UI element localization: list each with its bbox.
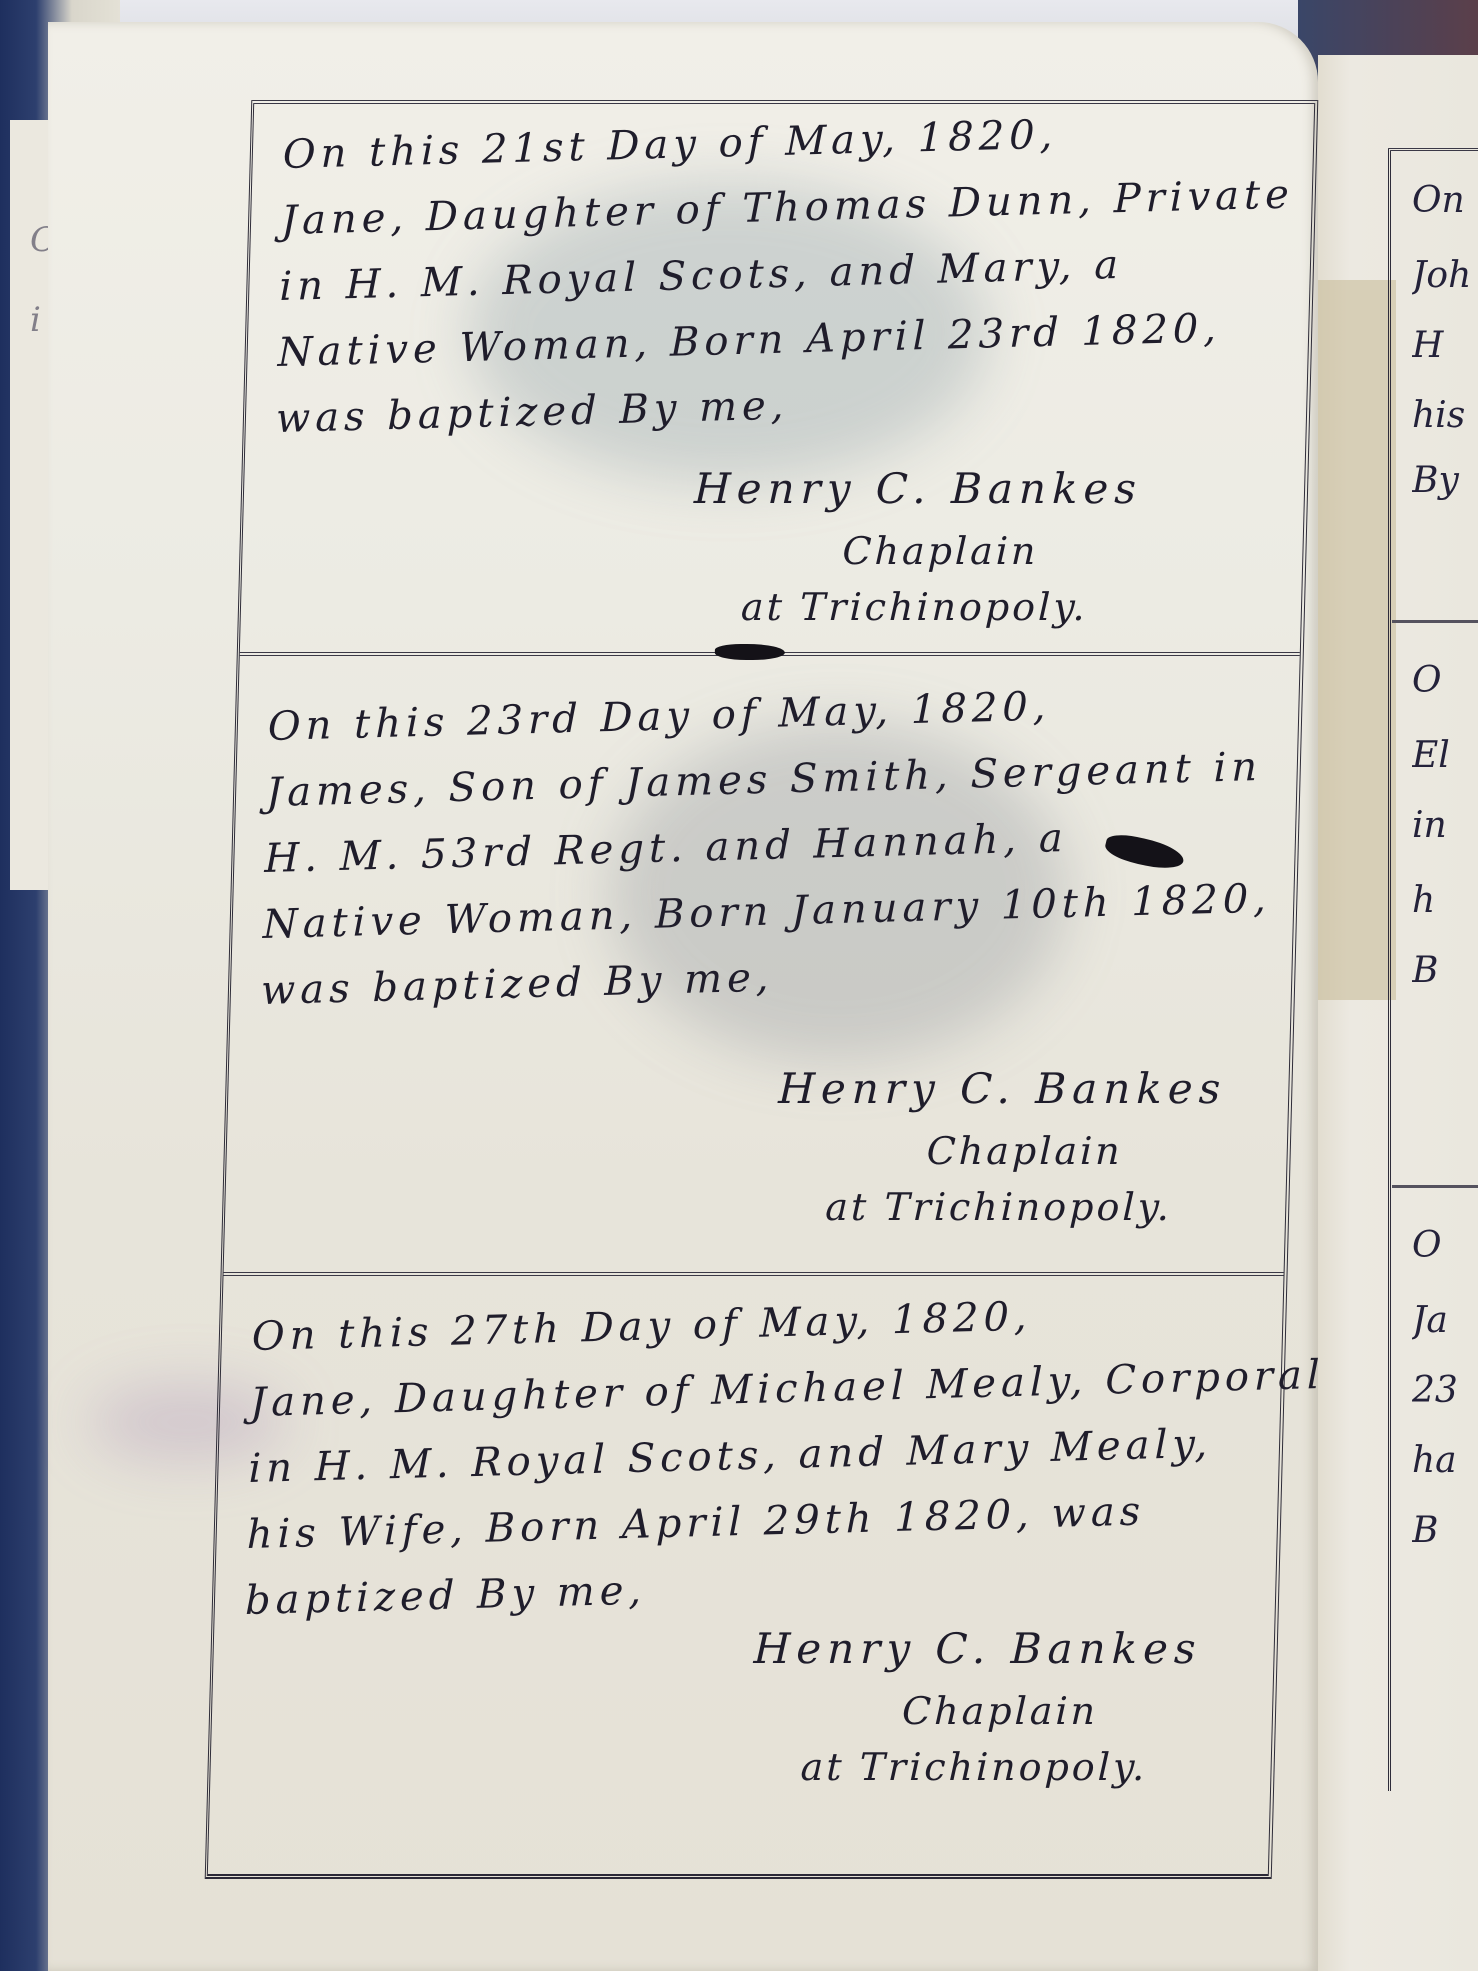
right-fragment-text: B	[1412, 1510, 1478, 1551]
signature-name: Henry C. Bankes	[778, 1064, 1227, 1113]
signature-block-3: Henry C. Bankes Chaplain at Trichinopoly…	[750, 1624, 1202, 1789]
right-fragment-text: h	[1412, 880, 1478, 921]
right-fragment-text: ha	[1412, 1440, 1478, 1481]
signature-block-2: Henry C. Bankes Chaplain at Trichinopoly…	[775, 1064, 1227, 1229]
right-fragment-text: in	[1412, 805, 1478, 846]
signature-place: at Trichinopoly.	[750, 1745, 1199, 1789]
signature-place: at Trichinopoly.	[690, 585, 1139, 629]
signature-title: Chaplain	[776, 1129, 1225, 1173]
left-fragment-text: i	[30, 300, 41, 340]
tape-strip	[1318, 280, 1396, 1000]
baptism-entry-2: On this 23rd Day of May, 1820, James, So…	[260, 694, 1259, 1024]
right-fragment-text: B	[1412, 950, 1478, 991]
register-frame: On this 21st Day of May, 1820, Jane, Dau…	[205, 100, 1319, 1879]
right-fragment-text: 23	[1412, 1370, 1478, 1411]
baptism-entry-1: On this 21st Day of May, 1820, Jane, Dau…	[275, 122, 1274, 452]
right-fragment-text: O	[1412, 1225, 1478, 1266]
entry-divider	[223, 1272, 1283, 1276]
signature-name: Henry C. Bankes	[693, 464, 1142, 513]
signature-block-1: Henry C. Bankes Chaplain at Trichinopoly…	[690, 464, 1142, 629]
right-fragment-text: Joh	[1412, 255, 1478, 296]
right-fragment-text: Ja	[1412, 1300, 1478, 1341]
right-page-divider	[1392, 1185, 1478, 1188]
right-fragment-text: his	[1412, 395, 1478, 436]
right-fragment-text: H	[1412, 325, 1478, 366]
ink-blot	[715, 644, 785, 660]
right-page-divider	[1392, 620, 1478, 623]
register-page: On this 21st Day of May, 1820, Jane, Dau…	[48, 22, 1318, 1971]
baptism-entry-3: On this 27th Day of May, 1820, Jane, Dau…	[244, 1304, 1243, 1634]
right-fragment-text: On	[1412, 180, 1478, 221]
signature-place: at Trichinopoly.	[775, 1185, 1224, 1229]
right-fragment-text: El	[1412, 735, 1478, 776]
signature-title: Chaplain	[752, 1689, 1201, 1733]
signature-name: Henry C. Bankes	[753, 1624, 1202, 1673]
right-fragment-text: By	[1412, 460, 1478, 501]
right-fragment-text: O	[1412, 660, 1478, 701]
signature-title: Chaplain	[692, 529, 1141, 573]
